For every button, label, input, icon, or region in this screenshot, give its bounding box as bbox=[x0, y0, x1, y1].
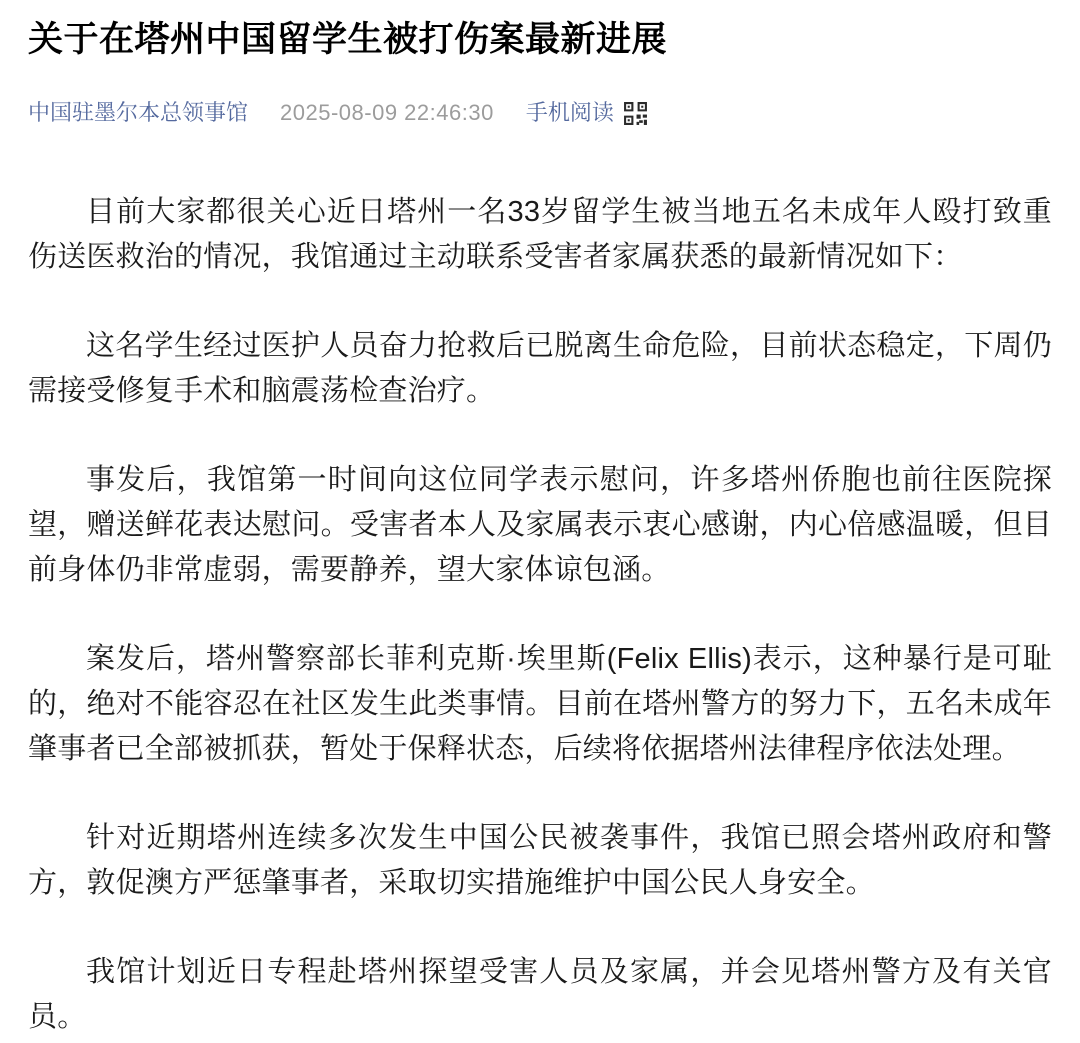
article-byline: 中国驻墨尔本总领事馆 2025-08-09 22:46:30 手机阅读 bbox=[28, 98, 1052, 128]
article-paragraph-2: 这名学生经过医护人员奋力抢救后已脱离生命危险，目前状态稳定，下周仍需接受修复手术… bbox=[28, 324, 1052, 414]
article-body: 目前大家都很关心近日塔州一名33岁留学生被当地五名未成年人殴打致重伤送医救治的情… bbox=[28, 190, 1052, 1040]
article-page: 关于在塔州中国留学生被打伤案最新进展 中国驻墨尔本总领事馆 2025-08-09… bbox=[0, 16, 1080, 1040]
article-paragraph-3: 事发后，我馆第一时间向这位同学表示慰问，许多塔州侨胞也前往医院探望，赠送鲜花表达… bbox=[28, 458, 1052, 593]
source-link[interactable]: 中国驻墨尔本总领事馆 bbox=[28, 98, 248, 128]
article-paragraph-6: 我馆计划近日专程赴塔州探望受害人员及家属，并会见塔州警方及有关官员。 bbox=[28, 950, 1052, 1040]
mobile-read-link[interactable]: 手机阅读 bbox=[526, 98, 614, 128]
qr-code-icon[interactable] bbox=[623, 101, 648, 126]
publish-timestamp: 2025-08-09 22:46:30 bbox=[280, 98, 494, 128]
article-paragraph-4: 案发后，塔州警察部长菲利克斯·埃里斯(Felix Ellis)表示，这种暴行是可… bbox=[28, 637, 1052, 772]
article-paragraph-1: 目前大家都很关心近日塔州一名33岁留学生被当地五名未成年人殴打致重伤送医救治的情… bbox=[28, 190, 1052, 280]
article-paragraph-5: 针对近期塔州连续多次发生中国公民被袭事件，我馆已照会塔州政府和警方，敦促澳方严惩… bbox=[28, 816, 1052, 906]
article-title: 关于在塔州中国留学生被打伤案最新进展 bbox=[28, 16, 1052, 64]
